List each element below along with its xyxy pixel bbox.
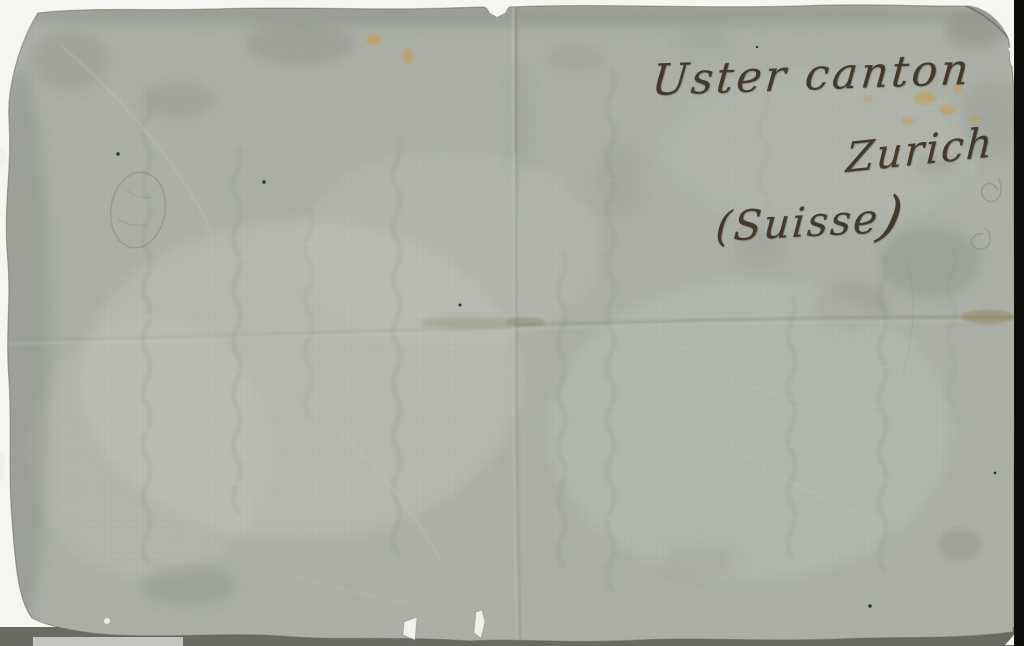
handwriting-line-country: (Suisse)	[714, 181, 907, 255]
right-edge-crease-stain	[962, 310, 1014, 324]
fold-intersection-smudge	[420, 317, 516, 329]
scanner-edge-strip	[1014, 0, 1024, 646]
scanned-letter-image: Uster canton Zurich (Suisse)	[0, 0, 1024, 646]
fold-intersection-smudge-2	[505, 317, 545, 327]
handwriting-country-text: (Suisse	[714, 194, 881, 251]
